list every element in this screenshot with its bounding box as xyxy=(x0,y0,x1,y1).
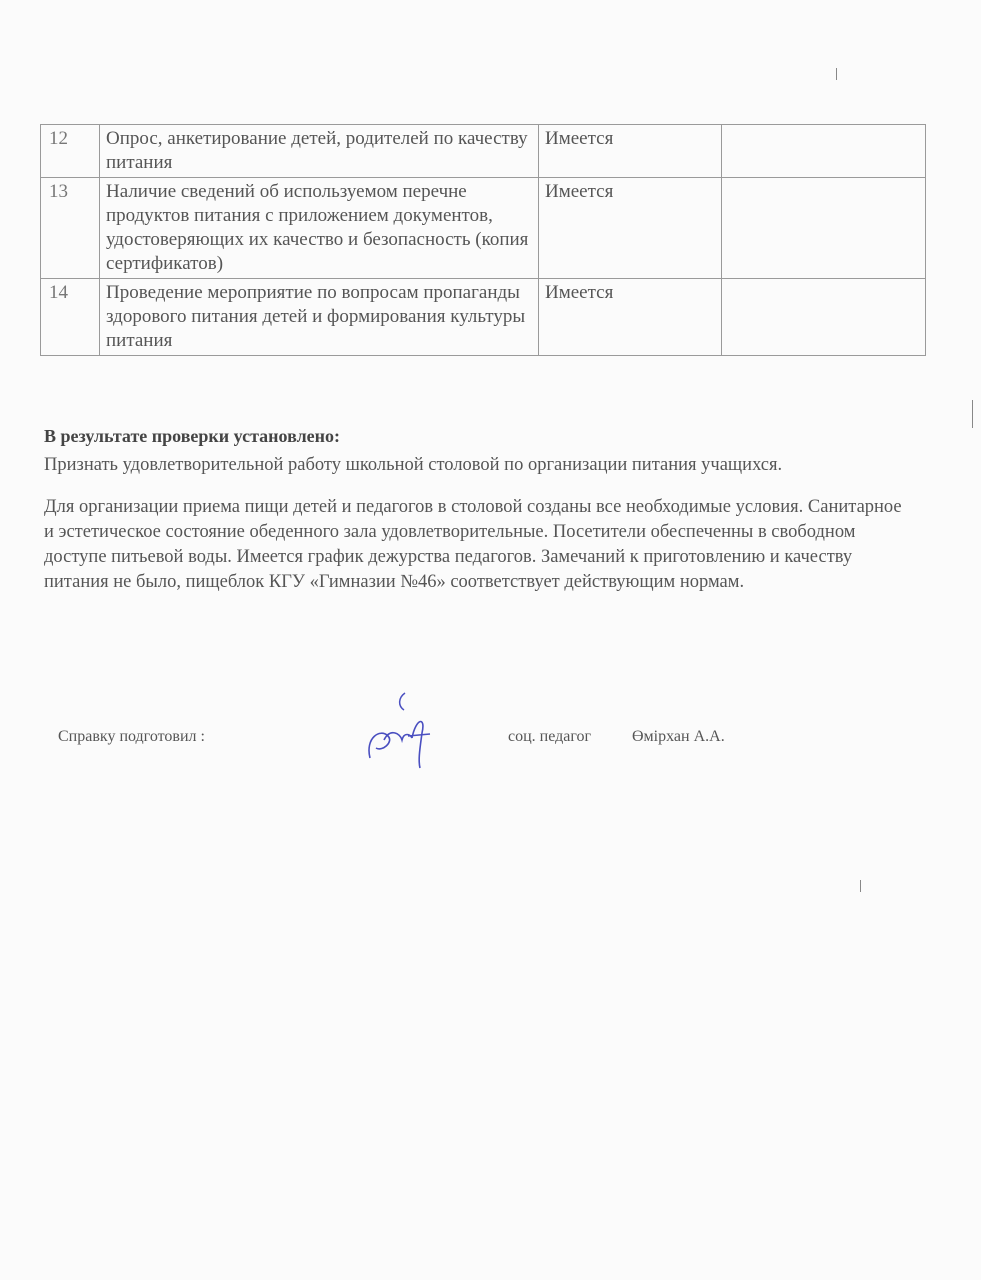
scan-mark xyxy=(860,880,861,892)
conclusion-paragraph-1: Признать удовлетворительной работу школь… xyxy=(44,453,944,478)
row-note xyxy=(722,125,926,178)
row-status: Имеется xyxy=(539,178,722,279)
handwritten-signature xyxy=(360,688,440,778)
row-description: Опрос, анкетирование детей, родителей по… xyxy=(100,125,539,178)
row-description: Проведение мероприятие по вопросам пропа… xyxy=(100,279,539,356)
table-row: 14 Проведение мероприятие по вопросам пр… xyxy=(41,279,926,356)
row-note xyxy=(722,178,926,279)
inspection-table: 12 Опрос, анкетирование детей, родителей… xyxy=(40,124,926,356)
prepared-by-label: Справку подготовил : xyxy=(58,728,205,746)
row-number: 14 xyxy=(41,279,100,356)
scan-mark xyxy=(836,68,837,80)
signer-position: соц. педагог xyxy=(508,728,591,746)
signer-name: Өмірхан А.А. xyxy=(632,728,725,746)
table-row: 12 Опрос, анкетирование детей, родителей… xyxy=(41,125,926,178)
row-description: Наличие сведений об используемом перечне… xyxy=(100,178,539,279)
row-number: 13 xyxy=(41,178,100,279)
row-status: Имеется xyxy=(539,125,722,178)
scan-mark xyxy=(972,400,973,428)
row-number: 12 xyxy=(41,125,100,178)
table-row: 13 Наличие сведений об используемом пере… xyxy=(41,178,926,279)
row-status: Имеется xyxy=(539,279,722,356)
row-note xyxy=(722,279,926,356)
conclusion-heading: В результате проверки установлено: xyxy=(44,424,340,449)
conclusion-paragraph-2: Для организации приема пищи детей и педа… xyxy=(44,495,904,595)
